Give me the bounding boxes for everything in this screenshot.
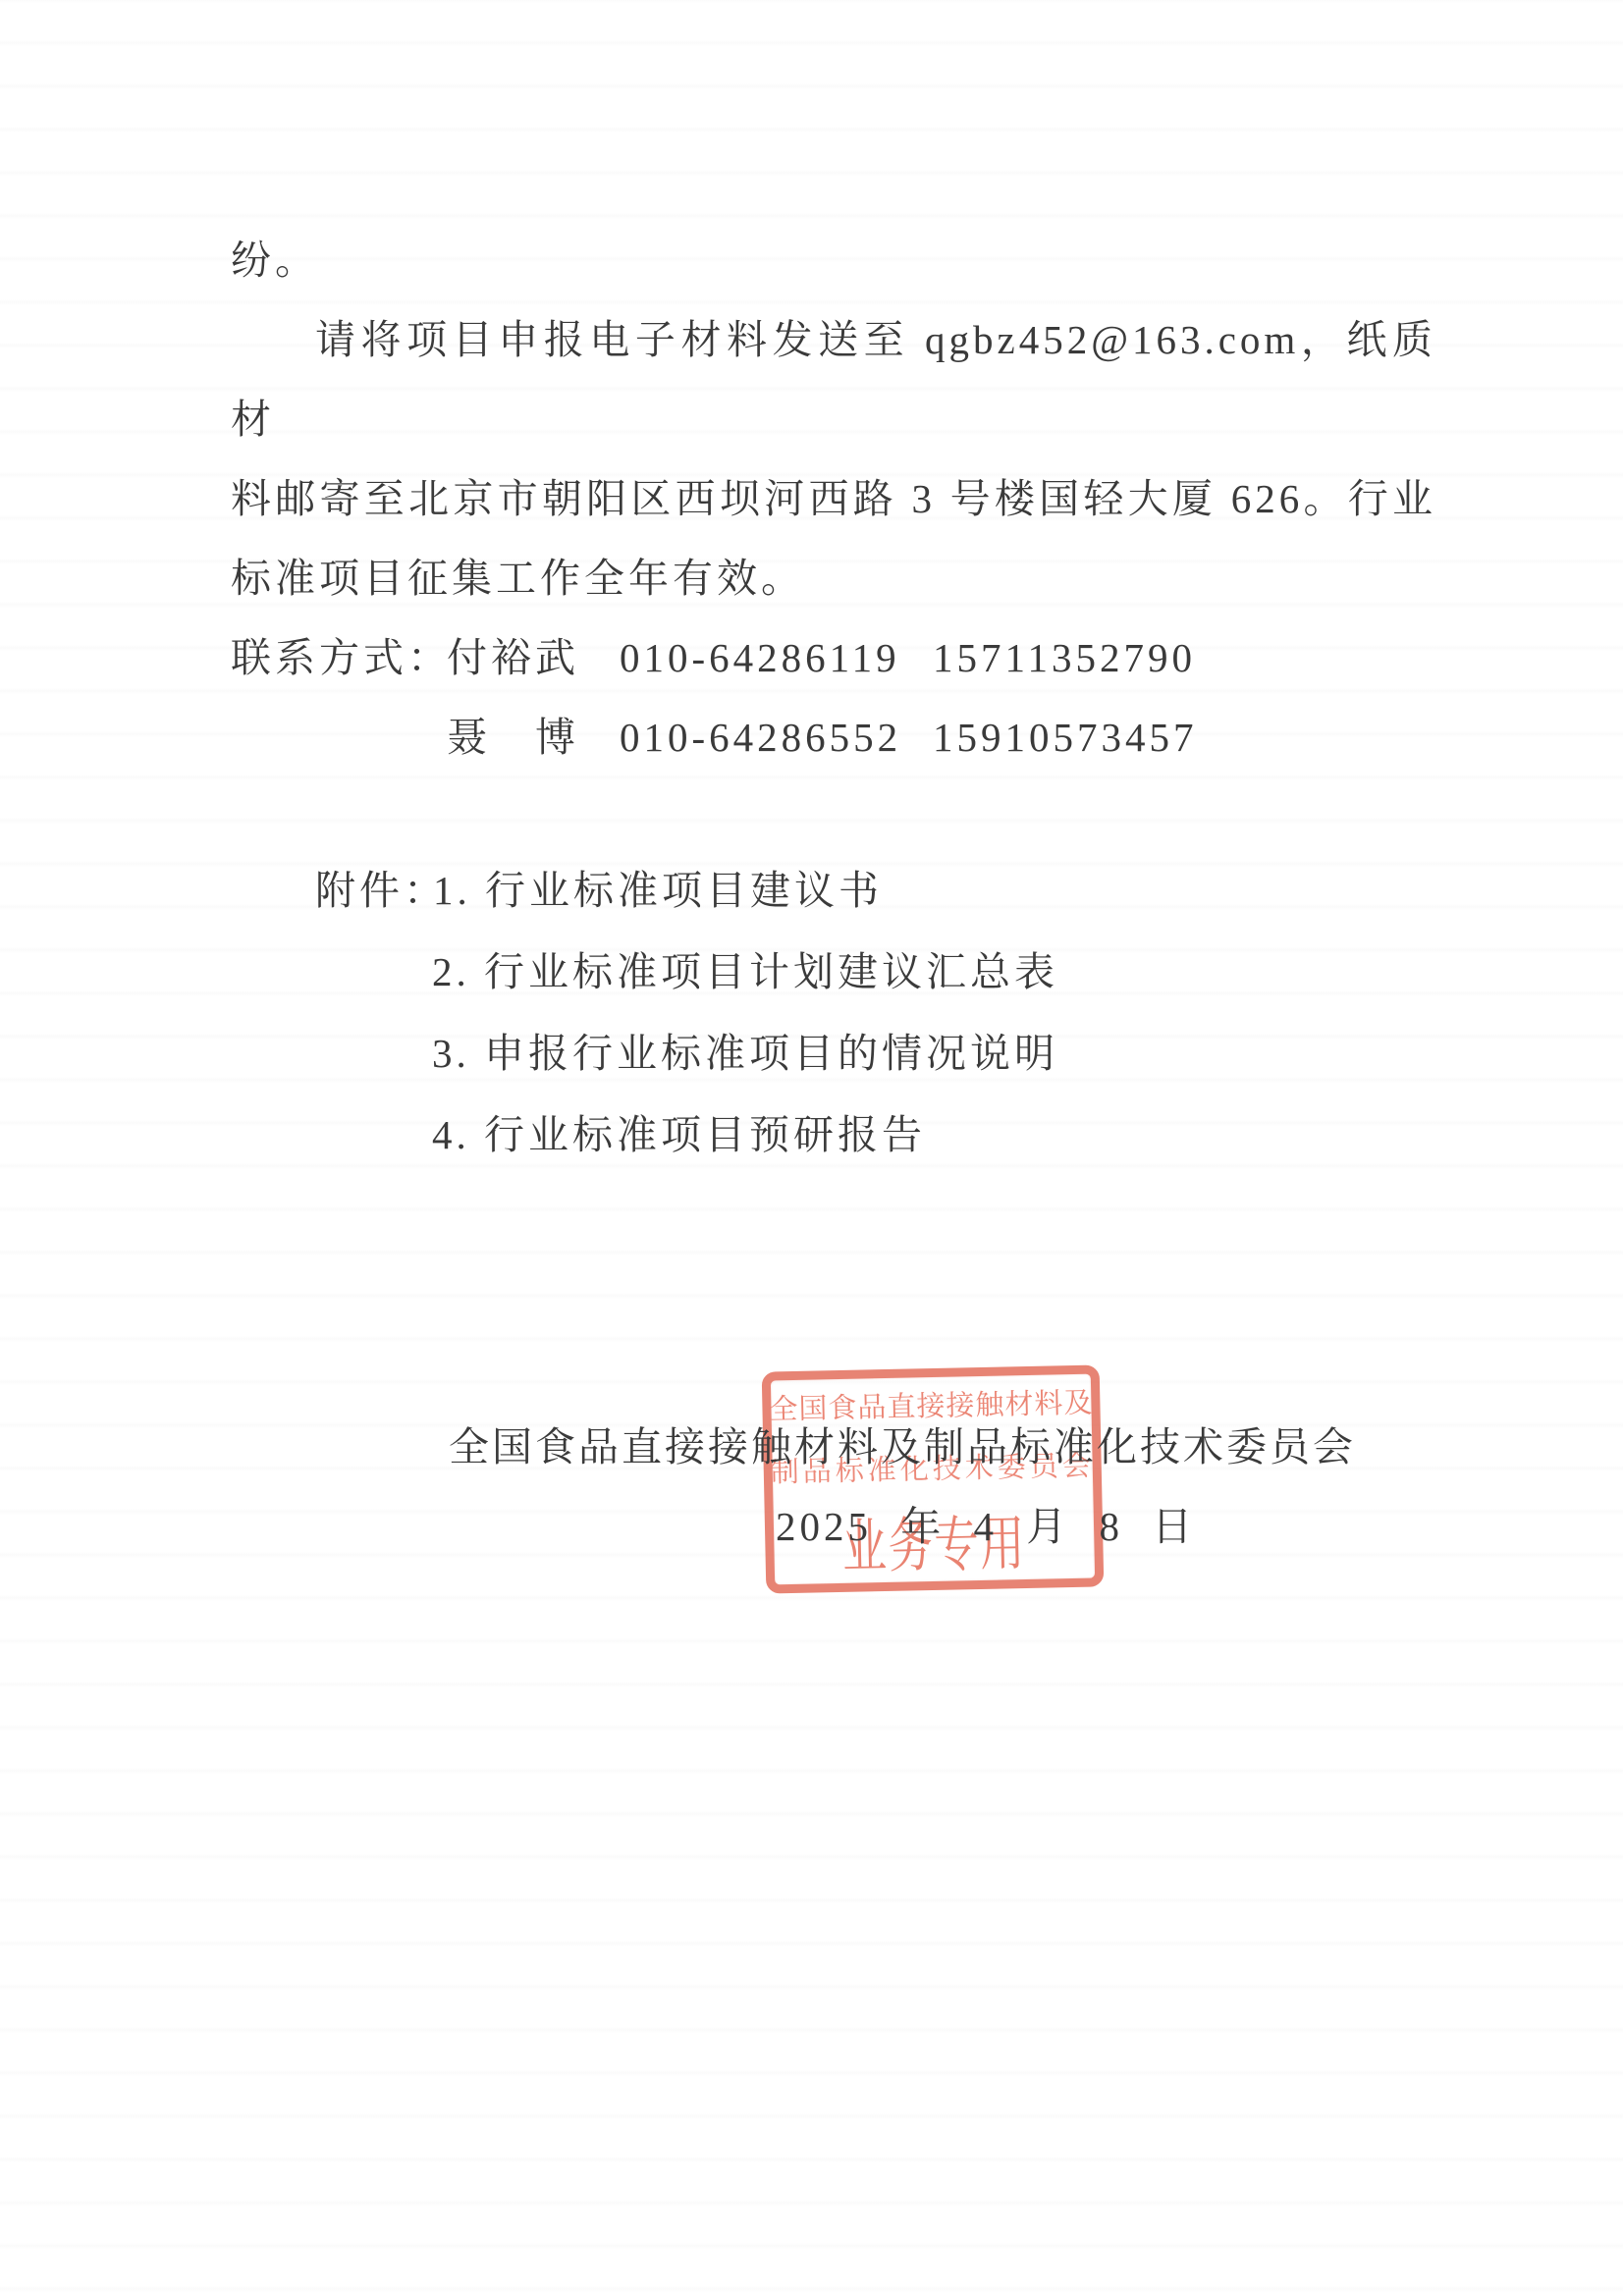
attachment-item: 4. 行业标准项目预研报告: [432, 1095, 1436, 1176]
attachment-item: 2. 行业标准项目计划建议汇总表: [432, 932, 1436, 1013]
contact-row: 联系方式：付裕武010-6428611915711352790: [231, 618, 1436, 698]
contacts-label: 联系方式：: [231, 618, 447, 698]
contact-name: 聂 博: [447, 698, 620, 777]
body-text-block: 纷。 请将项目申报电子材料发送至 qgbz452@163.com，纸质材 料邮寄…: [231, 221, 1436, 777]
attachment-line: 附件：1. 行业标准项目建议书: [315, 850, 1436, 932]
validity-line: 标准项目征集工作全年有效。: [231, 539, 1436, 618]
mail-address-line: 料邮寄至北京市朝阳区西坝河西路 3 号楼国轻大厦 626。行业: [231, 459, 1436, 539]
attachments-block: 附件：1. 行业标准项目建议书 2. 行业标准项目计划建议汇总表 3. 申报行业…: [231, 850, 1436, 1176]
paragraph-end-line: 纷。: [231, 221, 1436, 300]
signature-date: 2025 年 4 月 8 日: [776, 1487, 1196, 1567]
contact-name: 付裕武: [447, 618, 620, 698]
contact-mobile: 15711352790: [933, 635, 1196, 680]
attachments-label: 附件：: [315, 850, 433, 932]
contact-phone: 010-64286119: [620, 618, 933, 698]
scanned-document-page: 纷。 请将项目申报电子材料发送至 qgbz452@163.com，纸质材 料邮寄…: [0, 0, 1623, 2296]
email-instruction-line: 请将项目申报电子材料发送至 qgbz452@163.com，纸质材: [231, 300, 1436, 459]
attachment-item: 1. 行业标准项目建议书: [433, 868, 883, 913]
attachment-item: 3. 申报行业标准项目的情况说明: [432, 1013, 1436, 1095]
contact-mobile: 15910573457: [933, 715, 1198, 760]
contact-row: 聂 博010-6428655215910573457: [231, 698, 1436, 777]
signature-organization: 全国食品直接接触材料及制品标准化技术委员会: [449, 1408, 1356, 1487]
contact-phone: 010-64286552: [620, 698, 933, 777]
